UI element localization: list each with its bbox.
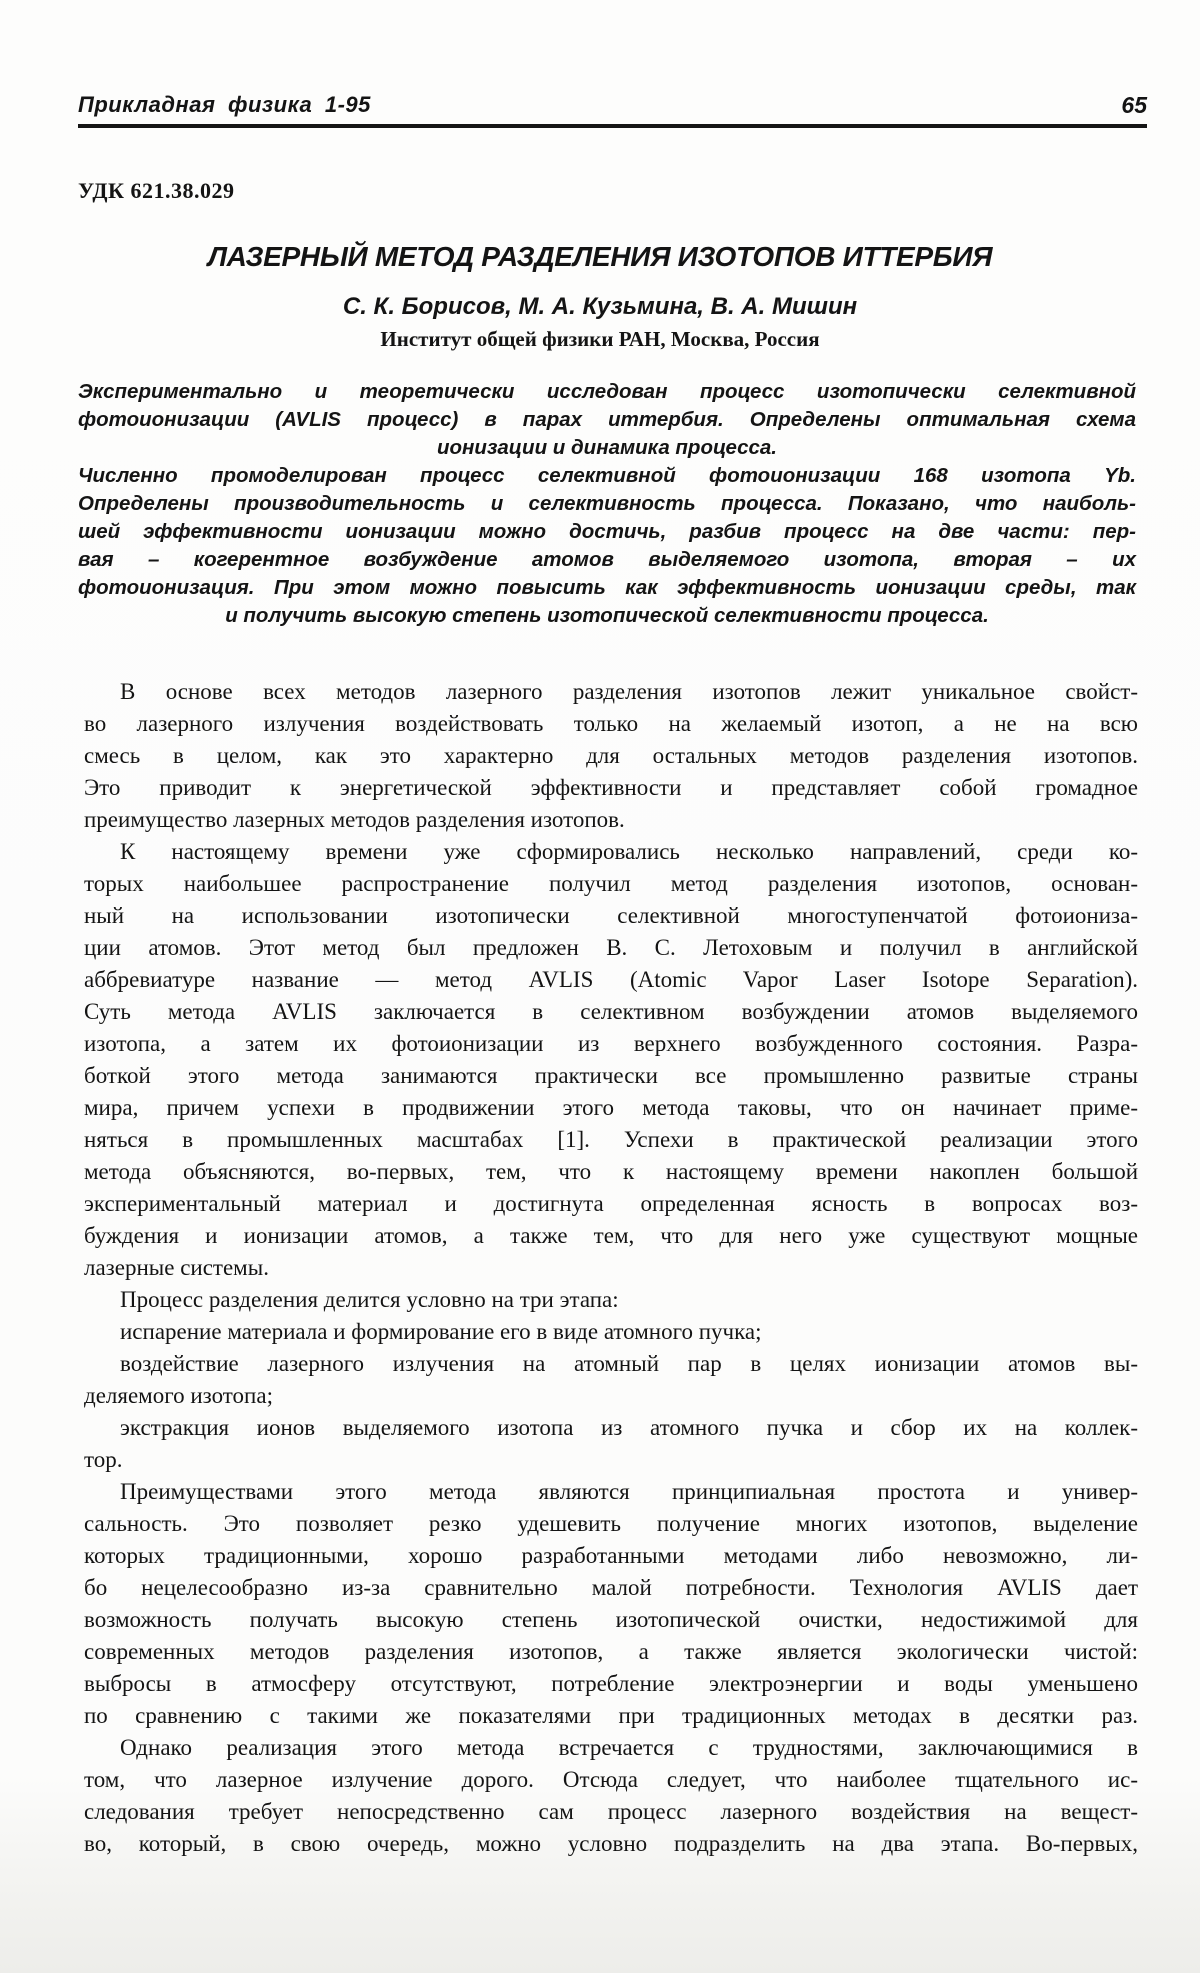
paragraph: воздействие лазерного излучения на атомн… xyxy=(84,1348,1138,1412)
text-line: сальность. Это позволяет резко удешевить… xyxy=(84,1508,1138,1540)
paragraph: Численно промоделирован процесс селектив… xyxy=(78,462,1136,630)
running-head: Прикладная физика 1-95 65 xyxy=(78,92,1147,118)
text-line: во лазерного излучения воздействовать то… xyxy=(84,708,1138,740)
text-line: Определены производительность и селектив… xyxy=(78,490,1136,518)
text-line: шей эффективности ионизации можно достич… xyxy=(78,518,1136,546)
text-line: смесь в целом, как это характерно для ос… xyxy=(84,740,1138,772)
text-line: экспериментальный материал и достигнута … xyxy=(84,1188,1138,1220)
text-line: ионизации и динамика процесса. xyxy=(78,434,1136,462)
text-line: во, который, в свою очередь, можно услов… xyxy=(84,1828,1138,1860)
text-line: торых наибольшее распространение получил… xyxy=(84,868,1138,900)
text-line: К настоящему времени уже сформировались … xyxy=(84,836,1138,868)
text-line: Экспериментально и теоретически исследов… xyxy=(78,378,1136,406)
affiliation-line: Институт общей физики РАН, Москва, Росси… xyxy=(0,327,1200,352)
text-line: фотоионизация. При этом можно повысить к… xyxy=(78,574,1136,602)
text-line: В основе всех методов лазерного разделен… xyxy=(84,676,1138,708)
text-line: боткой этого метода занимаются практичес… xyxy=(84,1060,1138,1092)
text-line: и получить высокую степень изотопической… xyxy=(78,602,1136,630)
text-line: по сравнению с такими же показателями пр… xyxy=(84,1700,1138,1732)
text-line: Однако реализация этого метода встречает… xyxy=(84,1732,1138,1764)
body-text-section: В основе всех методов лазерного разделен… xyxy=(84,676,1138,1860)
udc-code: УДК 621.38.029 xyxy=(78,178,1200,204)
text-line: буждения и ионизации атомов, а также тем… xyxy=(84,1220,1138,1252)
paragraph: испарение материала и формирование его в… xyxy=(84,1316,1138,1348)
text-line: мира, причем успехи в продвижении этого … xyxy=(84,1092,1138,1124)
text-line: вая – когерентное возбуждение атомов выд… xyxy=(78,546,1136,574)
text-line: метода объясняются, во-первых, тем, что … xyxy=(84,1156,1138,1188)
text-line: преимущество лазерных методов разделения… xyxy=(84,804,1138,836)
text-line: Преимуществами этого метода являются при… xyxy=(84,1476,1138,1508)
text-line: аббревиатуре название — метод AVLIS (Ato… xyxy=(84,964,1138,996)
text-line: воздействие лазерного излучения на атомн… xyxy=(84,1348,1138,1380)
text-line: Численно промоделирован процесс селектив… xyxy=(78,462,1136,490)
paragraph: Преимуществами этого метода являются при… xyxy=(84,1476,1138,1732)
text-line: которых традиционными, хорошо разработан… xyxy=(84,1540,1138,1572)
authors-line: С. К. Борисов, М. А. Кузьмина, В. А. Миш… xyxy=(0,292,1200,321)
text-line: современных методов разделения изотопов,… xyxy=(84,1636,1138,1668)
paragraph: Процесс разделения делится условно на тр… xyxy=(84,1284,1138,1316)
text-line: экстракция ионов выделяемого изотопа из … xyxy=(84,1412,1138,1444)
page-number: 65 xyxy=(1121,92,1147,118)
paragraph: В основе всех методов лазерного разделен… xyxy=(84,676,1138,836)
text-line: Это приводит к энергетической эффективно… xyxy=(84,772,1138,804)
abstract-section: Экспериментально и теоретически исследов… xyxy=(78,378,1136,630)
text-line: ции атомов. Этот метод был предложен В. … xyxy=(84,932,1138,964)
text-line: лазерные системы. xyxy=(84,1252,1138,1284)
scanned-journal-page: Прикладная физика 1-95 65 УДК 621.38.029… xyxy=(0,0,1200,1973)
text-line: возможность получать высокую степень изо… xyxy=(84,1604,1138,1636)
paragraph: Однако реализация этого метода встречает… xyxy=(84,1732,1138,1860)
text-line: ный на использовании изотопически селект… xyxy=(84,900,1138,932)
text-line: деляемого изотопа; xyxy=(84,1380,1138,1412)
text-line: тор. xyxy=(84,1444,1138,1476)
text-line: няться в промышленных масштабах [1]. Усп… xyxy=(84,1124,1138,1156)
text-line: фотоионизации (AVLIS процесс) в парах ит… xyxy=(78,406,1136,434)
text-line: испарение материала и формирование его в… xyxy=(84,1316,1138,1348)
paragraph: Экспериментально и теоретически исследов… xyxy=(78,378,1136,462)
text-line: Процесс разделения делится условно на тр… xyxy=(84,1284,1138,1316)
text-line: изотопа, а затем их фотоионизации из вер… xyxy=(84,1028,1138,1060)
text-line: выбросы в атмосферу отсутствуют, потребл… xyxy=(84,1668,1138,1700)
paragraph: экстракция ионов выделяемого изотопа из … xyxy=(84,1412,1138,1476)
header-rule xyxy=(78,124,1147,128)
article-title: ЛАЗЕРНЫЙ МЕТОД РАЗДЕЛЕНИЯ ИЗОТОПОВ ИТТЕР… xyxy=(40,240,1160,274)
paragraph: К настоящему времени уже сформировались … xyxy=(84,836,1138,1284)
text-line: том, что лазерное излучение дорого. Отсю… xyxy=(84,1764,1138,1796)
text-line: следования требует непосредственно сам п… xyxy=(84,1796,1138,1828)
text-line: бо нецелесообразно из-за сравнительно ма… xyxy=(84,1572,1138,1604)
journal-title: Прикладная физика 1-95 xyxy=(78,92,371,118)
text-line: Суть метода AVLIS заключается в селектив… xyxy=(84,996,1138,1028)
